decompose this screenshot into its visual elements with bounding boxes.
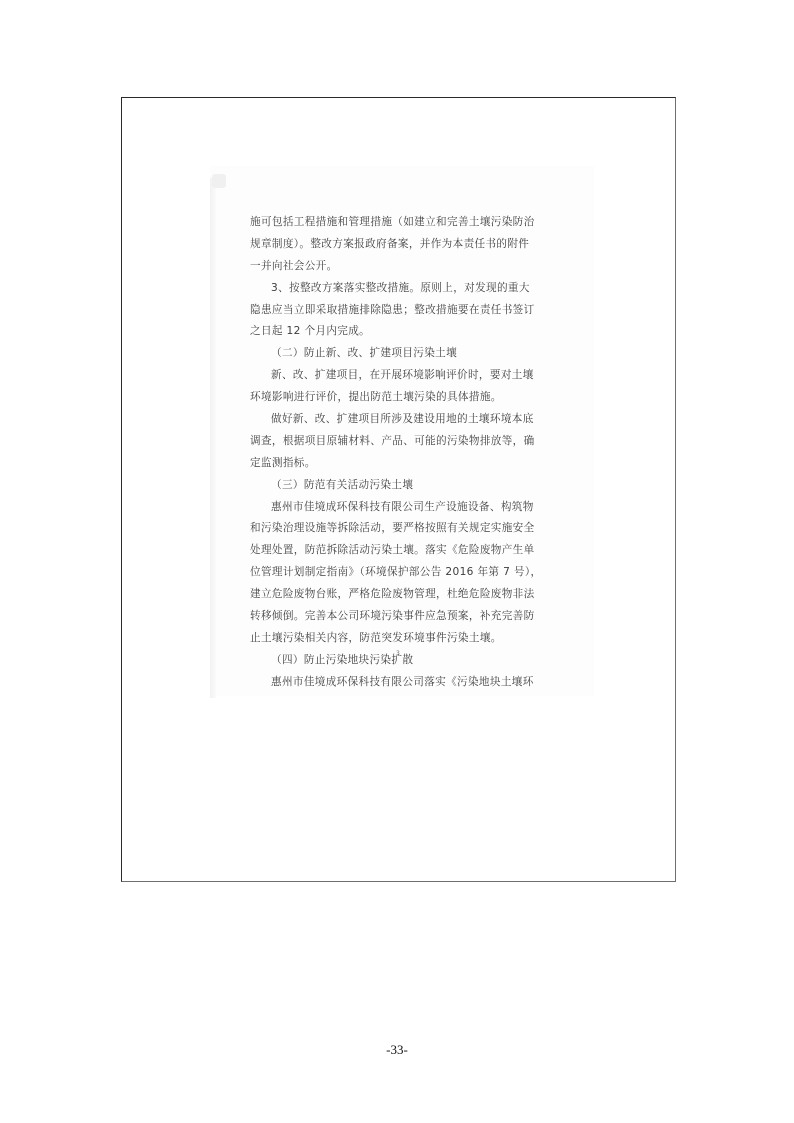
text-line: 环境影响进行评价，提出防范土壤污染的具体措施。: [250, 387, 550, 409]
text-line: 做好新、改、扩建项目所涉及建设用地的土壤环境本底: [250, 409, 550, 431]
scan-artifact: [212, 174, 226, 188]
text-line: 位管理计划制定指南》（环境保护部公告 2016 年第 7 号），: [250, 562, 550, 584]
text-line: 一并向社会公开。: [250, 256, 550, 278]
section-heading-3: （三）防范有关活动污染土壤: [250, 475, 550, 497]
text-line: 隐患应当立即采取措施排除隐患；整改措施要在责任书签订: [250, 300, 550, 322]
section-heading-2: （二）防止新、改、扩建项目污染土壤: [250, 343, 550, 365]
text-line: 惠州市佳境成环保科技有限公司落实《污染地块土壤环: [250, 672, 550, 694]
text-line: 调查，根据项目原辅材料、产品、可能的污染物排放等，确: [250, 431, 550, 453]
text-line: 规章制度）。整改方案报政府备案，并作为本责任书的附件: [250, 234, 550, 256]
text-line: 转移倾倒。完善本公司环境污染事件应急预案，补充完善防: [250, 606, 550, 628]
scanned-page-number: 3: [396, 650, 400, 657]
text-line: 之日起 12 个月内完成。: [250, 321, 550, 343]
list-item-3: 3、按整改方案落实整改措施。原则上，对发现的重大: [250, 278, 550, 300]
text-line: 惠州市佳境成环保科技有限公司生产设施设备、构筑物: [250, 497, 550, 519]
scan-shadow-edge: [210, 178, 216, 698]
page-number: -33-: [0, 1042, 794, 1058]
text-line: 新、改、扩建项目，在开展环境影响评价时，要对土壤: [250, 365, 550, 387]
text-line: 施可包括工程措施和管理措施（如建立和完善土壤污染防治: [250, 212, 550, 234]
text-line: 定监测指标。: [250, 453, 550, 475]
text-line: 和污染治理设施等拆除活动，要严格按照有关规定实施安全: [250, 518, 550, 540]
scanned-text-body: 施可包括工程措施和管理措施（如建立和完善土壤污染防治 规章制度）。整改方案报政府…: [250, 212, 550, 694]
section-heading-4: （四）防止污染地块污染扩散: [250, 650, 550, 672]
scanned-image-frame: 施可包括工程措施和管理措施（如建立和完善土壤污染防治 规章制度）。整改方案报政府…: [121, 97, 676, 882]
text-line: 处理处置，防范拆除活动污染土壤。落实《危险废物产生单: [250, 540, 550, 562]
text-line: 建立危险废物台账，严格危险废物管理，杜绝危险废物非法: [250, 584, 550, 606]
scanned-page: 施可包括工程措施和管理措施（如建立和完善土壤污染防治 规章制度）。整改方案报政府…: [210, 166, 594, 696]
text-line: 止土壤污染相关内容，防范突发环境事件污染土壤。: [250, 628, 550, 650]
